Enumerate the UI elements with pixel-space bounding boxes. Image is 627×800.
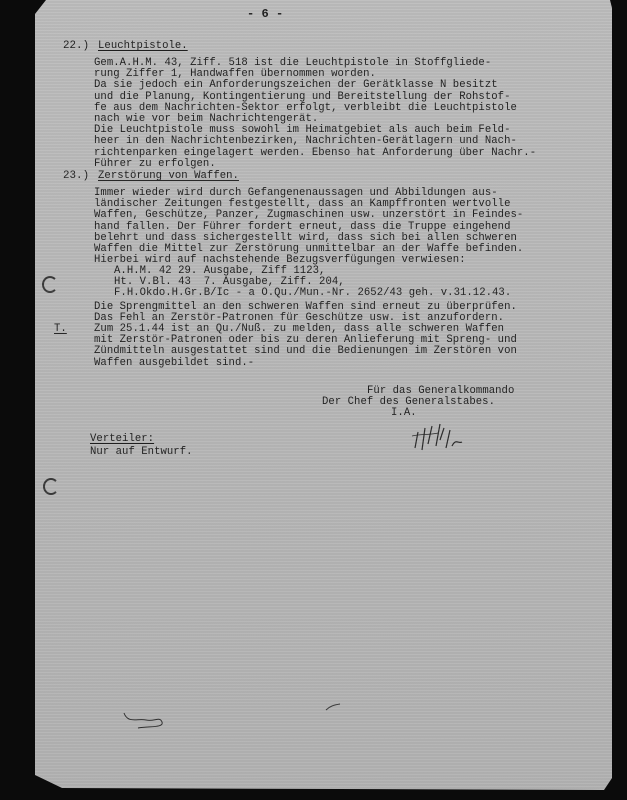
distribution-value: Nur auf Entwurf. xyxy=(90,447,193,458)
body-line: heer in den Nachrichtenbezirken, Nachric… xyxy=(94,136,536,147)
section-body-23: Immer wieder wird durch Gefangenenaussag… xyxy=(94,188,523,266)
body-line: Zündmitteln ausgestattet sind und die Be… xyxy=(94,346,517,357)
section-number-22: 22.) xyxy=(63,41,89,52)
margin-mark: T. xyxy=(54,324,67,335)
section-title-23: Zerstörung von Waffen. xyxy=(98,171,239,182)
marked-paragraph: Zum 25.1.44 ist an Qu./Nuß. zu melden, d… xyxy=(94,324,517,369)
punch-hole-mark xyxy=(43,478,59,495)
page-number: - 6 - xyxy=(247,9,283,20)
reference-item: F.H.Okdo.H.Gr.B/Ic - a O.Qu./Mun.-Nr. 26… xyxy=(114,288,511,299)
document-page: - 6 - 22.) Leuchtpistole. Gem.A.H.M. 43,… xyxy=(32,0,612,790)
body-line: Führer zu erfolgen. xyxy=(94,159,536,170)
handwritten-signature xyxy=(410,418,480,458)
distribution-label: Verteiler: xyxy=(90,434,154,445)
body-line: Waffen, Geschütze, Panzer, Zugmaschinen … xyxy=(94,210,523,221)
section-body-22: Gem.A.H.M. 43, Ziff. 518 ist die Leuchtp… xyxy=(94,58,536,170)
ink-scribble xyxy=(120,710,170,734)
ink-scribble xyxy=(324,702,344,712)
body-line: Waffen ausgebildet sind.- xyxy=(94,358,517,369)
body-line: Da sie jedoch ein Anforderungszeichen de… xyxy=(94,80,536,91)
section-title-22: Leuchtpistole. xyxy=(98,41,188,52)
section-number-23: 23.) xyxy=(63,171,89,182)
section-body-23-continued: Die Sprengmittel an den schweren Waffen … xyxy=(94,302,517,324)
punch-hole-mark xyxy=(42,276,58,293)
reference-list: A.H.M. 42 29. Ausgabe, Ziff 1123, Ht. V.… xyxy=(114,266,511,300)
